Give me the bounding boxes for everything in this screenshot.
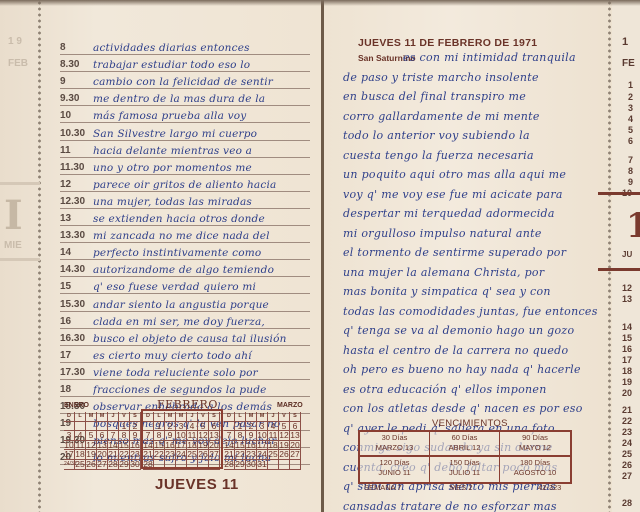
hour-label: 8 (60, 42, 90, 53)
weekday-header: J (108, 412, 119, 422)
handwritten-line: todas las comodidades juntas, fue entonc… (343, 302, 605, 322)
vencimiento-days: 120 Días (360, 458, 429, 468)
hour-row: 13.30mi zancada no me dice nada del (60, 226, 310, 243)
next-page-day-number: 25 (622, 449, 632, 459)
hour-row: 12.30una mujer, todas las miradas (60, 192, 310, 209)
vencimientos-table: 30 DíasMARZO 1360 DíasABRIL 1290 DíasMAY… (358, 430, 572, 484)
handwritten-line: todo lo anterior voy subiendo la (343, 126, 605, 146)
hour-label: 12 (60, 179, 90, 190)
next-page-day-number: 9 (628, 177, 633, 187)
handwritten-text: una mujer, todas las miradas (93, 196, 310, 208)
vencimiento-date: JUNIO 11 (360, 468, 429, 478)
hour-label: 16.30 (60, 333, 90, 344)
handwritten-line: cansadas tratare de no esforzar mas (343, 497, 605, 512)
weekday-header: D (224, 412, 235, 422)
next-page-day-number: 8 (628, 166, 633, 176)
handwritten-text: uno y otro por momentos me (93, 162, 310, 174)
hour-row: 11hacia delante mientras veo a (60, 141, 310, 158)
handwritten-text: es cierto muy cierto todo ahí (93, 350, 310, 362)
hour-label: 14 (60, 247, 90, 258)
vencimiento-days: 30 Días (360, 433, 429, 443)
next-page-year-fragment: 1 (622, 36, 628, 48)
next-page-day-number: 13 (622, 294, 632, 304)
handwritten-line: oh pero es bueno no hay nada q' hacerle (343, 360, 605, 380)
calendar-day: 27 (290, 450, 301, 460)
handwritten-text: me dentro de la mas dura de la (93, 93, 310, 105)
vencimiento-cell: 60 DíasABRIL 12 (430, 432, 500, 457)
diary-spread: 1 9 FEB I MIE 8actividades diarias enton… (0, 0, 640, 512)
hour-label: 14.30 (60, 264, 90, 275)
ghost-big-number: I (4, 192, 23, 239)
calendar-day: 29 (235, 460, 246, 470)
week-number: SEMANA 7 (364, 483, 402, 492)
handwritten-text: hacia delante mientras veo a (93, 145, 310, 157)
hour-label: 9.30 (60, 93, 90, 104)
vencimientos-title: VENCIMIENTOS (432, 418, 508, 429)
hour-row: 8.30trabajar estudiar todo eso lo (60, 55, 310, 72)
hour-row: 13se extienden hacia otros donde (60, 209, 310, 226)
calendar-enero: DLMMJVS123456789101112131415161718192021… (64, 412, 141, 470)
handwritten-text: busco el objeto de causa tal ilusión (93, 333, 310, 345)
hour-label: 11 (60, 145, 90, 156)
handwritten-line: mi orgulloso impulso natural ante (343, 224, 605, 244)
handwritten-line: despertar mi terquedad adormecida (343, 204, 605, 224)
handwritten-line: un poquito aqui otro mas alla aqui me (343, 165, 605, 185)
next-page-day-number: 21 (622, 405, 632, 415)
hour-label: 11.30 (60, 162, 90, 173)
handwritten-text: cambio con la felicidad de sentir (93, 76, 310, 88)
hour-row: 17.30viene toda reluciente solo por (60, 363, 310, 380)
hour-row: 10más famosa prueba alla voy (60, 106, 310, 123)
handwritten-line: es otra educación q' ellos imponen (343, 380, 605, 400)
hour-label: 16 (60, 316, 90, 327)
hour-label: 9 (60, 76, 90, 87)
vencimiento-date: JULIO 11 (430, 468, 499, 478)
next-page-day-number: 28 (622, 498, 632, 508)
handwritten-line: cuesta tengo la fuerza necesaria (343, 146, 605, 166)
hour-label: 8.30 (60, 59, 90, 70)
hour-label: 10 (60, 110, 90, 121)
calendar-day: 17 (64, 450, 75, 460)
hour-row: 9cambio con la felicidad de sentir (60, 72, 310, 89)
hour-label: 10.30 (60, 128, 90, 139)
vencimiento-cell: 120 DíasJUNIO 11 (360, 457, 430, 482)
handwritten-line: el tormento de sentirme superado por (343, 243, 605, 263)
vencimiento-date: AGOSTO 10 (500, 468, 570, 478)
hour-row: 15.30andar siento la angustia porque (60, 294, 310, 311)
handwritten-line: en busca del final transpiro me (343, 87, 605, 107)
hour-row: 16.30busco el objeto de causa tal ilusió… (60, 329, 310, 346)
hour-label: 13.30 (60, 230, 90, 241)
next-page-big-number: 1 (626, 206, 640, 246)
vencimiento-date: MARZO 13 (360, 443, 429, 453)
next-page-day-number: 27 (622, 471, 632, 481)
weekday-header: M (97, 412, 108, 422)
calendar-day: 25 (268, 450, 279, 460)
vencimiento-date: ABRIL 12 (430, 443, 499, 453)
handwritten-line: corro gallardamente de mi mente (343, 107, 605, 127)
hour-row: 14.30autorizandome de algo temiendo (60, 260, 310, 277)
calendar-day: 29 (119, 460, 130, 470)
next-page-day-number: 15 (622, 333, 632, 343)
handwritten-text: más famosa prueba alla voy (93, 110, 310, 122)
handwritten-line: de paso y triste marcho insolente (343, 68, 605, 88)
handwritten-text: autorizandome de algo temiendo (93, 264, 310, 276)
next-page-day-number: 5 (628, 125, 633, 135)
calendar-day: 25 (75, 460, 86, 470)
vencimiento-days: 150 Días (430, 458, 499, 468)
calendar-day (290, 460, 301, 470)
next-page-day-number: 22 (622, 416, 632, 426)
calendar-day: 26 (279, 450, 290, 460)
calendar-day: 27 (97, 460, 108, 470)
next-month-label: MARZO (277, 402, 303, 409)
next-page-day-number: 7 (628, 155, 633, 165)
handwritten-text: mi zancada no me dice nada del (93, 230, 310, 242)
handwritten-text: clada en mi ser, me doy fuerza, (93, 316, 310, 328)
ghost-text: FEB (8, 58, 28, 69)
next-page-day-number: 16 (622, 344, 632, 354)
hour-label: 15 (60, 281, 90, 292)
calendar-day: 28 (108, 460, 119, 470)
handwritten-line: hasta el centro de la carrera no quedo (343, 341, 605, 361)
next-page-day-number: 3 (628, 103, 633, 113)
next-page-day-number: 17 (622, 355, 632, 365)
handwritten-text: q' eso fuese verdad quiero mi (93, 281, 310, 293)
ghost-bar (0, 258, 40, 261)
vencimiento-cell: 90 DíasMAYO 12 (500, 432, 570, 457)
calendar-day (268, 460, 279, 470)
month-number: MES 2 (450, 483, 473, 492)
next-page-day-number: 18 (622, 366, 632, 376)
next-page-day-number: 24 (622, 438, 632, 448)
calendar-day: 31 (257, 460, 268, 470)
handwritten-text: andar siento la angustia porque (93, 299, 310, 311)
calendar-day: 24/31 (64, 460, 75, 470)
hour-row: 17es cierto muy cierto todo ahí (60, 346, 310, 363)
vencimiento-cell: 30 DíasMARZO 13 (360, 432, 430, 457)
hour-label: 12.30 (60, 196, 90, 207)
hour-row: 16clada en mi ser, me doy fuerza, (60, 312, 310, 329)
ghost-text: 1 9 (8, 36, 22, 47)
prev-month-label: ENERO (64, 402, 89, 409)
handwritten-line: con los atletas desde q' nacen es por es… (343, 399, 605, 419)
next-page-month: FE (622, 58, 635, 69)
handwritten-line: q' tenga se va al demonio hago un gozo (343, 321, 605, 341)
hour-label: 15.30 (60, 299, 90, 310)
vencimiento-date: MAYO 12 (500, 443, 570, 453)
ghost-text: MIE (4, 240, 22, 251)
hour-row: 14perfecto instintivamente como (60, 243, 310, 260)
next-page-day-abbr: JU (622, 250, 632, 259)
next-page-day-number: 26 (622, 460, 632, 470)
hour-row: 8actividades diarias entonces (60, 38, 310, 55)
next-page-day-number: 19 (622, 377, 632, 387)
handwritten-line: mas bonita y simpatica q' sea y con (343, 282, 605, 302)
handwritten-text: fracciones de segundos la pude (93, 384, 310, 396)
next-page-day-number: 1 (628, 80, 633, 90)
mini-calendars: ENERO FEBRERO MARZO DLMMJVS1234567891011… (64, 398, 304, 414)
page-code: 42-323 (538, 483, 561, 492)
day-footer: JUEVES 11 (155, 476, 239, 493)
handwritten-text: parece oir gritos de aliento hacia (93, 179, 310, 191)
hour-label: 17.30 (60, 367, 90, 378)
next-page-day-number: 23 (622, 427, 632, 437)
calendar-day: 30 (246, 460, 257, 470)
next-page-day-number: 14 (622, 322, 632, 332)
handwritten-text: trabajar estudiar todo eso lo (93, 59, 310, 71)
hour-row: 18fracciones de segundos la pude (60, 380, 310, 397)
next-page-bar-bottom (598, 268, 640, 271)
handwritten-text: San Silvestre largo mi cuerpo (93, 128, 310, 140)
hour-row: 9.30me dentro de la mas dura de la (60, 89, 310, 106)
weekday-header: M (86, 412, 97, 422)
handwritten-text: se extienden hacia otros donde (93, 213, 310, 225)
next-page-day-number: 12 (622, 283, 632, 293)
hour-label: 13 (60, 213, 90, 224)
next-page-day-number: 4 (628, 114, 633, 124)
handwritten-line: es con mi intimidad tranquila (343, 48, 605, 68)
weekday-header: L (75, 412, 86, 422)
hour-row: 12parece oir gritos de aliento hacia (60, 175, 310, 192)
ghost-bar (0, 182, 40, 185)
vencimiento-days: 60 Días (430, 433, 499, 443)
calendar-day: 28 (224, 460, 235, 470)
next-page-day-number: 20 (622, 388, 632, 398)
next-page-day-number: 2 (628, 92, 633, 102)
calendar-day: 26 (86, 460, 97, 470)
vencimiento-days: 90 Días (500, 433, 570, 443)
hour-row: 11.30uno y otro por momentos me (60, 158, 310, 175)
calendar-marzo: DLMMJVS123456789101112131415161718192021… (224, 412, 301, 470)
next-page-bar-top (598, 192, 640, 195)
hour-label: 17 (60, 350, 90, 361)
right-perforation (608, 0, 611, 512)
next-page-day-number: 6 (628, 136, 633, 146)
scan-shadow (0, 0, 640, 6)
calendar-day (279, 460, 290, 470)
handwritten-line: una mujer la alemana Christa, por (343, 263, 605, 283)
calendar-day: 30 (130, 460, 141, 470)
handwritten-text: viene toda reluciente solo por (93, 367, 310, 379)
vencimiento-cell: 180 DíasAGOSTO 10 (500, 457, 570, 482)
left-perforation (38, 0, 41, 512)
hour-label: 18 (60, 384, 90, 395)
current-month-highlight (141, 409, 223, 469)
weekday-header: D (64, 412, 75, 422)
vencimiento-days: 180 Días (500, 458, 570, 468)
vencimiento-cell: 150 DíasJULIO 11 (430, 457, 500, 482)
handwritten-text: perfecto instintivamente como (93, 247, 310, 259)
hour-row: 10.30San Silvestre largo mi cuerpo (60, 123, 310, 140)
handwritten-text: actividades diarias entonces (93, 42, 310, 54)
hour-row: 15q' eso fuese verdad quiero mi (60, 277, 310, 294)
handwritten-line: voy q' me voy ese fue mi acicate para (343, 185, 605, 205)
